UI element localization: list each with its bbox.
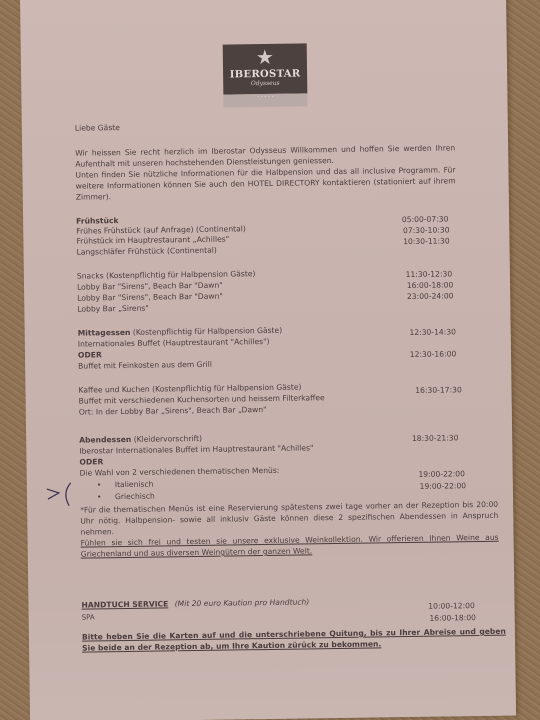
bullet: • [97,492,115,503]
mittagessen-heading: Mittagessen [78,328,131,338]
deposit-note: Bitte heben Sie die Karten auf und die u… [82,626,506,654]
handtuch-time: 16:00-18:00 [418,613,488,624]
hotel-info-sheet: ★ IBEROSTAR Odysseus • • • • • Liebe Gäs… [20,0,516,720]
wine-note: Fühlen sie sich frei und testen sie unse… [81,532,499,560]
handwritten-arrow-bracket-icon [45,479,83,510]
menu-time: 19:00-22:00 [408,481,478,492]
snacks-row-label: Lobby Bar „Sirens" [77,304,149,315]
logo-panel: ★ IBEROSTAR Odysseus [223,43,308,94]
mittagessen-line-2: Buffet mit Feinkosten aus dem Grill [78,360,212,372]
kaffee-time: 16:30-17:30 [403,385,473,396]
fruehstueck-row-time: 05:00-07:30 [390,214,460,225]
fruehstueck-row-time: 07:30-10:30 [391,225,461,236]
mittagessen-line-1: Internationales Buffet (Hauptrestaurant … [78,337,270,350]
snacks-row-time: 23:00-24:00 [395,291,465,302]
fruehstueck-row-time: 10:30-11:30 [391,236,461,247]
snacks-row-time: 16:00-18:00 [395,280,465,291]
abendessen-heading: Abendessen [79,435,131,445]
handtuch-note: (Mit 20 euro Kaution pro Handtuch) [175,597,310,608]
fruehstueck-row-label: Langschläfer Frühstück (Continental) [76,246,216,258]
iberostar-logo: ★ IBEROSTAR Odysseus • • • • • [223,43,308,107]
snacks-row-label: Lobby Bar "Sirens", Beach Bar "Dawn" [77,292,223,305]
abendessen-time-1: 18:30-21:30 [400,433,470,444]
menu-label: Griechisch [115,492,155,502]
menu-item: •Italienisch [97,480,154,491]
handtuch-heading-line: HANDTUCH SERVICE (Mit 20 euro Kaution pr… [81,597,309,611]
bullet: • [97,480,115,491]
abendessen-note: (Kleidervorschrift) [131,434,202,444]
handtuch-time: 10:00-12:00 [416,601,486,612]
mittagessen-note: (Kostenpflichtig für Halbpension Gäste) [130,326,282,337]
greeting: Liebe Gäste [75,123,120,134]
handtuch-heading: HANDTUCH SERVICE [81,599,168,609]
mittagessen-oder: ODER [78,350,102,361]
snacks-heading: Snacks (Kostenpflichtig für Halbpension … [77,269,256,282]
mittagessen-time-1: 12:30-14:30 [398,327,468,338]
menu-label: Italienisch [115,480,154,490]
abendessen-line-1: Iberostar Internationales Buffet im Haup… [79,443,313,457]
intro-paragraph-2: Unten finden Sie nützliche Informationen… [75,164,455,202]
spa-label: SPA [82,612,95,623]
logo-property: Odysseus [251,80,280,87]
kaffee-line-2: Ort: In der Lobby Bar „Sirens", Beach Ba… [79,405,267,418]
logo-brand: IBEROSTAR [230,68,301,80]
logo-band: • • • • • [223,93,307,107]
menu-item: •Griechisch [97,492,155,503]
abendessen-oder: ODER [79,457,103,468]
snacks-row-time: 11:30-12:30 [394,269,464,280]
menu-time: 19:00-22:00 [407,469,477,480]
abendessen-line-2: Die Wahl von 2 verschiedenen thematische… [80,466,280,479]
starfish-icon: ★ [256,47,274,67]
mittagessen-time-2: 12:30-16:00 [398,349,468,360]
